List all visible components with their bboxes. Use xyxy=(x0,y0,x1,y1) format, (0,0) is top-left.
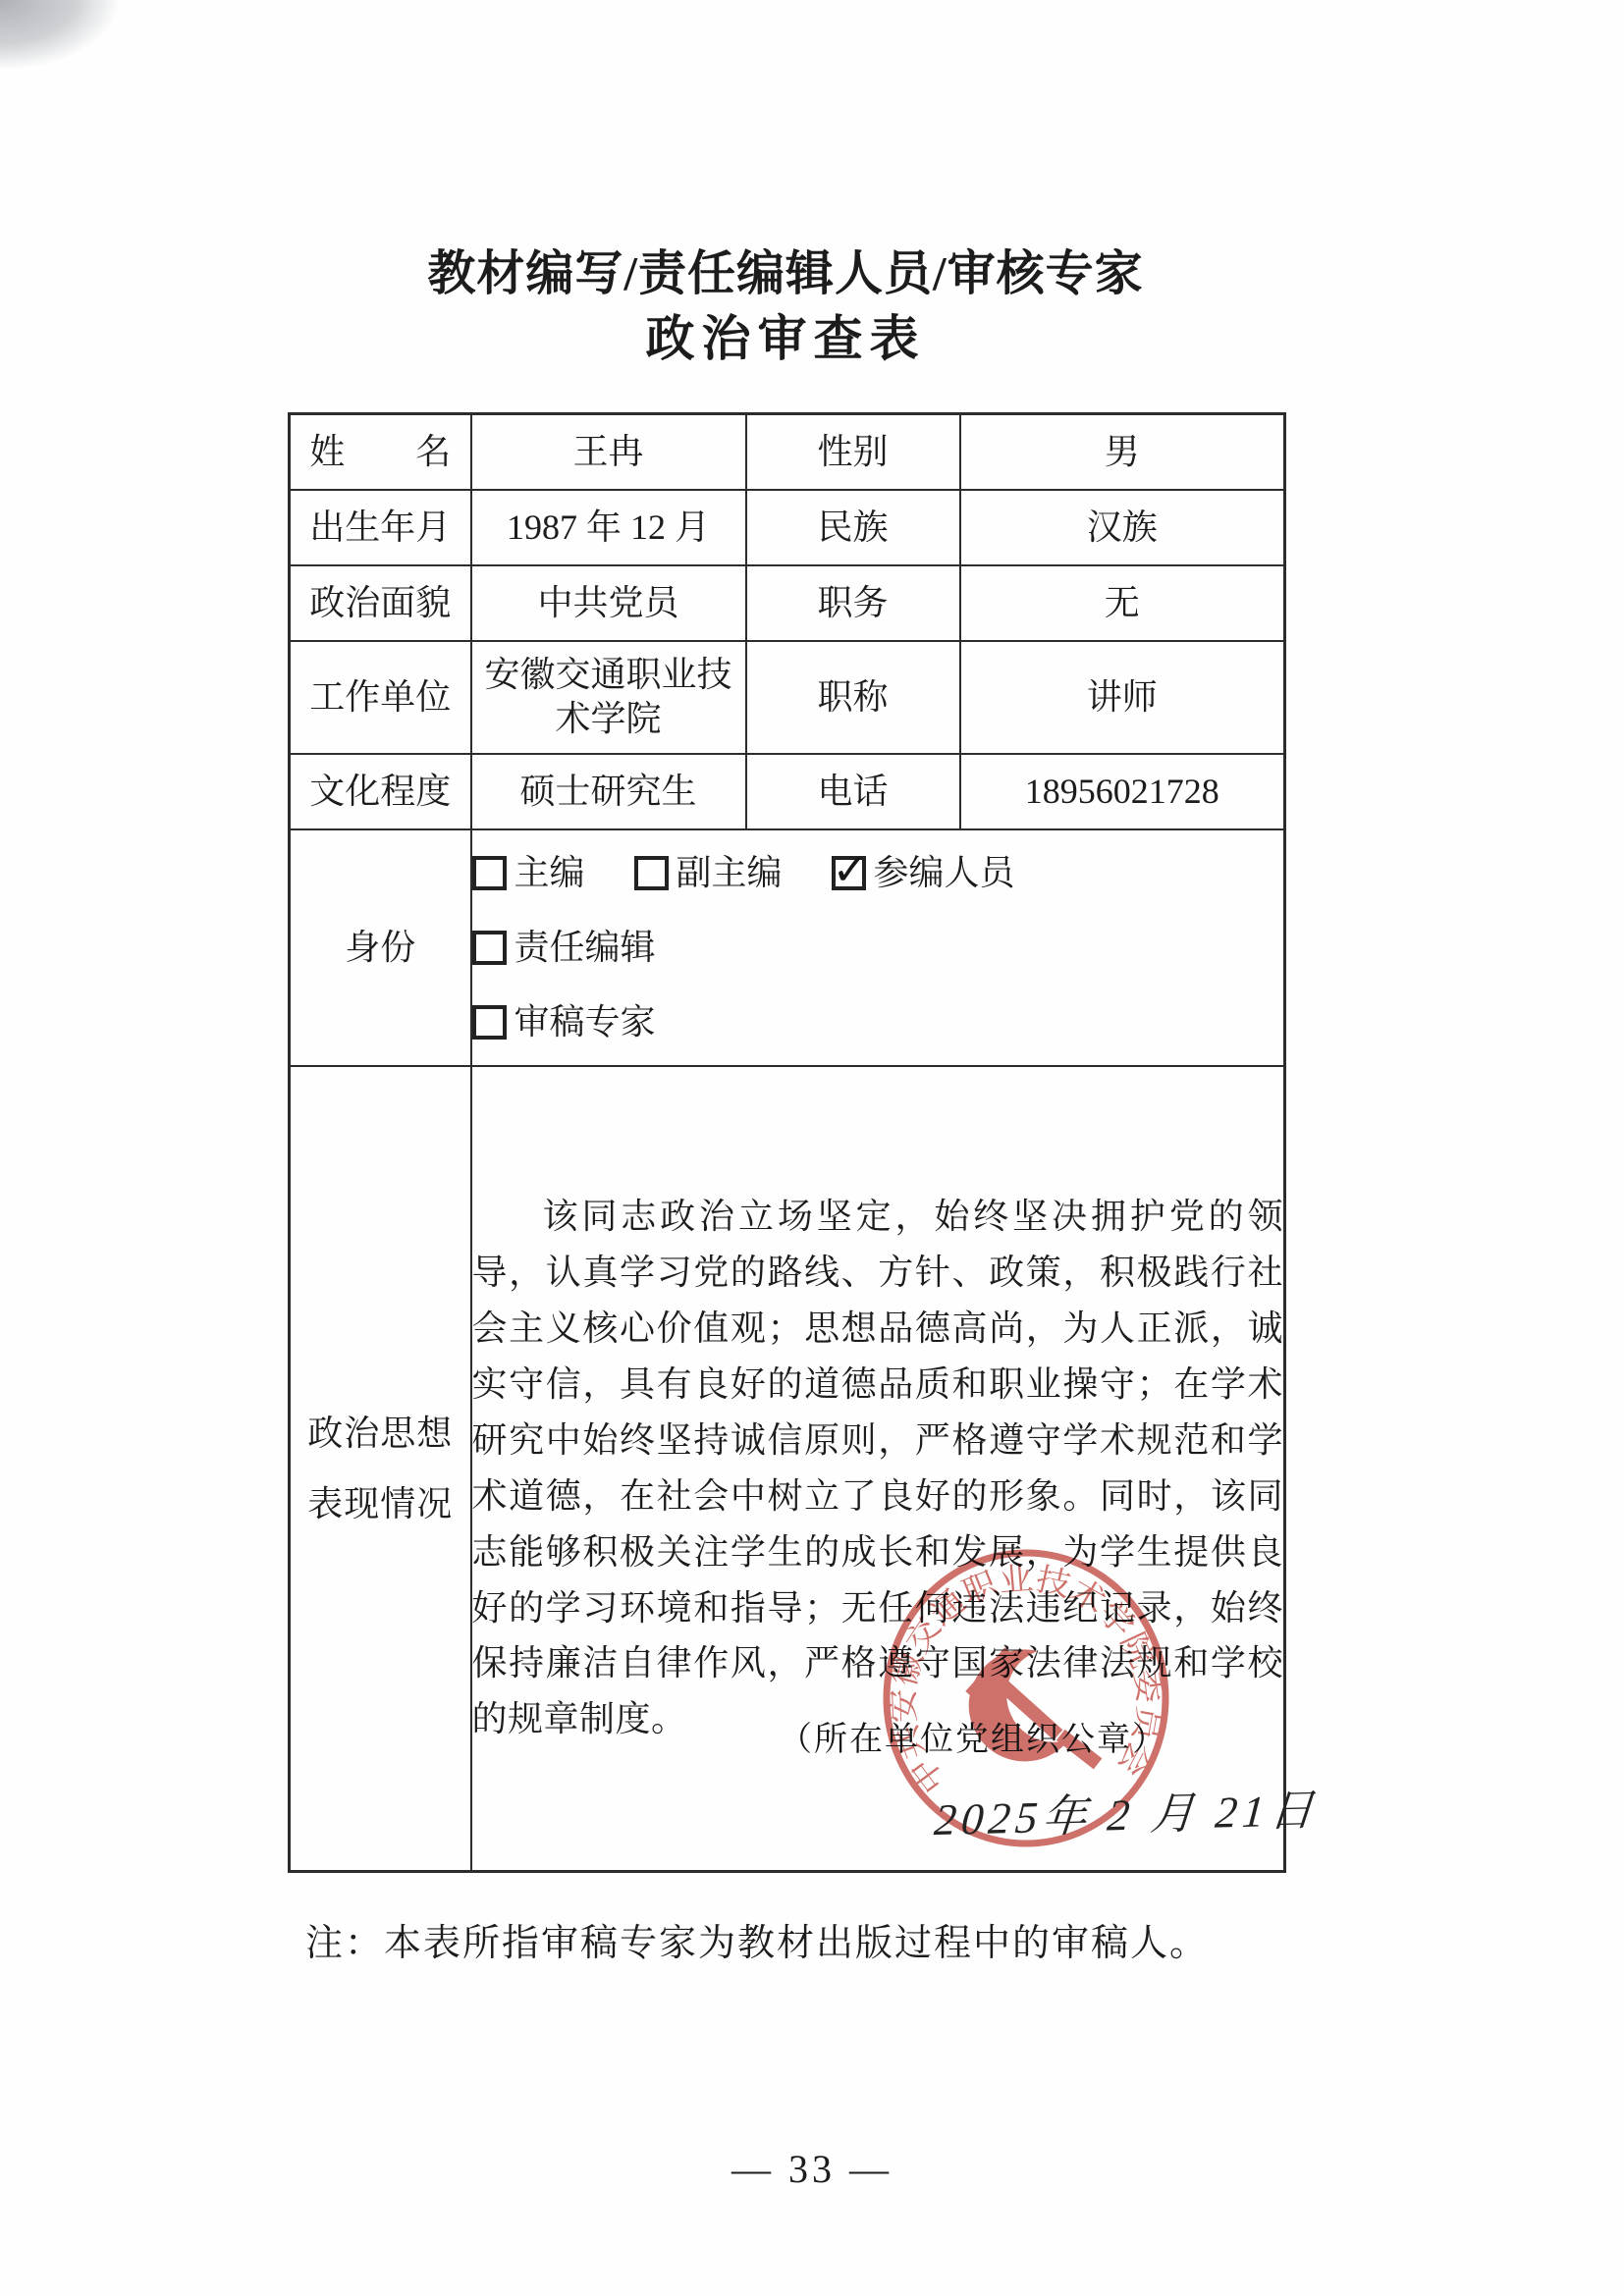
field-label-title: 职称 xyxy=(746,641,960,754)
title-line-1: 教材编写/责任编辑人员/审核专家 xyxy=(288,245,1283,303)
option-chief-editor: 主编 xyxy=(472,851,585,895)
field-value-birthdate: 1987 年 12 月 xyxy=(471,490,746,565)
field-value-position: 无 xyxy=(960,565,1285,641)
option-contributor: 参编人员 xyxy=(832,851,1015,895)
identity-options-line-3: 审稿专家 xyxy=(472,985,1284,1059)
field-label-political-status: 政治面貌 xyxy=(290,565,471,641)
title-line-2: 政治审查表 xyxy=(288,309,1283,368)
field-label-birthdate: 出生年月 xyxy=(290,490,471,565)
field-label-education: 文化程度 xyxy=(290,754,471,829)
seal-caption: （所在单位党组织公章） xyxy=(779,1712,1167,1760)
table-row: 文化程度 硕士研究生 电话 18956021728 xyxy=(290,754,1285,829)
field-value-work-unit: 安徽交通职业技术学院 xyxy=(471,641,746,754)
scan-edge-artifact xyxy=(0,0,118,69)
field-value-phone: 18956021728 xyxy=(960,754,1285,829)
option-responsible-editor: 责任编辑 xyxy=(472,926,656,970)
document-title: 教材编写/责任编辑人员/审核专家 政治审查表 xyxy=(288,245,1283,368)
field-label-ethnicity: 民族 xyxy=(746,490,960,565)
identity-options-line-2: 责任编辑 xyxy=(472,910,1284,985)
field-label-political-performance: 政治思想表现情况 xyxy=(290,1066,471,1872)
field-value-title: 讲师 xyxy=(960,641,1285,754)
option-deputy-editor: 副主编 xyxy=(634,851,783,895)
field-label-gender: 性别 xyxy=(746,414,960,490)
field-value-political-status: 中共党员 xyxy=(471,565,746,641)
identity-options-line-1: 主编 副主编 参编人员 xyxy=(472,835,1284,910)
field-value-education: 硕士研究生 xyxy=(471,754,746,829)
table-row: 出生年月 1987 年 12 月 民族 汉族 xyxy=(290,490,1285,565)
field-label-work-unit: 工作单位 xyxy=(290,641,471,754)
option-review-expert: 审稿专家 xyxy=(472,1000,656,1044)
option-label: 副主编 xyxy=(677,851,783,895)
page-number: — 33 — xyxy=(0,2146,1624,2192)
option-label: 责任编辑 xyxy=(514,926,656,970)
option-label: 主编 xyxy=(514,851,585,895)
field-value-name: 王冉 xyxy=(471,414,746,490)
checkbox-responsible-editor xyxy=(472,931,507,965)
table-row: 工作单位 安徽交通职业技术学院 职称 讲师 xyxy=(290,641,1285,754)
identity-row: 身份 主编 副主编 参编人员 责任编辑 审稿专家 xyxy=(290,829,1285,1066)
footnote-text: 本表所指审稿专家为教材出版过程中的审稿人。 xyxy=(384,1923,1209,1964)
field-value-ethnicity: 汉族 xyxy=(960,490,1285,565)
table-row: 姓 名 王冉 性别 男 xyxy=(290,414,1285,490)
field-label-position: 职务 xyxy=(746,565,960,641)
checkbox-review-expert xyxy=(472,1005,507,1040)
field-label-name: 姓 名 xyxy=(290,414,471,490)
field-value-gender: 男 xyxy=(960,414,1285,490)
option-label: 参编人员 xyxy=(874,851,1015,895)
footnote-prefix: 注： xyxy=(305,1923,384,1964)
option-label: 审稿专家 xyxy=(514,1000,656,1044)
checkbox-contributor xyxy=(832,856,866,890)
table-row: 政治面貌 中共党员 职务 无 xyxy=(290,565,1285,641)
footnote: 注：本表所指审稿专家为教材出版过程中的审稿人。 xyxy=(305,1912,1209,1966)
checkbox-deputy-editor xyxy=(634,856,669,890)
checkbox-chief-editor xyxy=(472,856,507,890)
field-label-identity: 身份 xyxy=(290,829,471,1066)
identity-options-cell: 主编 副主编 参编人员 责任编辑 审稿专家 xyxy=(471,829,1285,1066)
handwritten-date: 2025年 2 月 21日 xyxy=(933,1774,1322,1847)
scanned-political-review-form: 教材编写/责任编辑人员/审核专家 政治审查表 姓 名 王冉 性别 男 出生年月 … xyxy=(0,0,1624,2296)
field-label-phone: 电话 xyxy=(746,754,960,829)
